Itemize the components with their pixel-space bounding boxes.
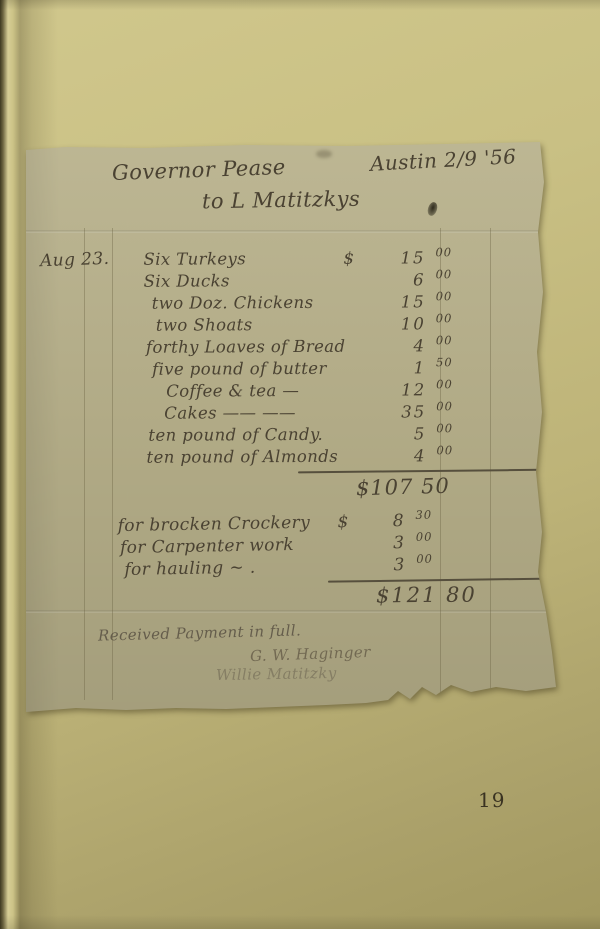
item-dollars: 10 [356,314,426,333]
item-dollars: 12 [356,380,426,399]
item-dollars: 15 [356,292,426,311]
item-name: Six Ducks [144,271,230,290]
bottom-edge-shadow [0,915,600,929]
payer-name: Governor Pease [112,155,286,185]
place-date: Austin 2/9 '56 [369,144,516,176]
item-cents: 00 [436,421,453,435]
payee-line: to L Matitzkys [202,187,360,214]
paper-crease [26,230,562,233]
item-dollars: 4 [356,336,426,355]
item-cents: 00 [436,443,453,457]
item-row: two Shoats 10 00 [26,314,562,339]
item-dollars: 35 [356,402,426,421]
item-cents: 00 [436,311,453,325]
item-name: two Shoats [156,315,253,335]
item-cents: 00 [436,333,453,347]
item-row: Six Ducks 6 00 [26,270,562,295]
item-row: Coffee & tea — 12 00 [26,380,562,405]
item-currency: $ [343,249,354,268]
item-cents: 50 [436,355,453,369]
total-amount: $121 80 [376,583,477,608]
item-row: ten pound of Almonds 4 00 [26,446,562,471]
item-cents: 00 [435,245,452,259]
item-name: ten pound of Candy. [148,425,323,445]
charge-cents: 00 [416,530,433,544]
subtotal-rule [298,469,556,474]
charge-dollars: 3 [350,555,406,576]
item-cents: 00 [436,289,453,303]
item-name: two Doz. Chickens [152,293,314,313]
charge-cents: 00 [416,552,433,566]
item-dollars: 5 [356,424,426,443]
receipt-facsimile: Governor Pease Austin 2/9 '56 to L Matit… [26,142,562,712]
item-row: two Doz. Chickens 15 00 [26,292,562,317]
ink-blot [426,201,439,217]
paper-crease [26,610,562,613]
charge-cents: 30 [415,508,432,522]
item-row: five pound of butter 1 50 [26,358,562,383]
item-row: Six Turkeys $ 15 00 [25,248,561,273]
item-row: forthy Loaves of Bread 4 00 [26,336,562,361]
signature-haginger: G. W. Haginger [250,643,371,665]
item-row: Cakes —— —— 35 00 [26,402,562,427]
item-row: ten pound of Candy. 5 00 [26,424,562,449]
items-list: Six Turkeys $ 15 00 Six Ducks 6 00 two D… [25,248,562,471]
charge-dollars: 3 [350,533,406,554]
top-edge-shadow [0,0,600,10]
subtotal-amount: $107 50 [356,474,450,500]
item-dollars: 6 [356,270,426,289]
charge-dollars: 8 [349,511,405,532]
item-dollars: 15 [355,248,425,267]
item-name: Six Turkeys [143,249,246,269]
item-cents: 00 [436,267,453,281]
charge-currency: $ [337,512,349,532]
charge-name: for hauling ~ . [124,558,256,580]
item-dollars: 4 [356,446,426,465]
ink-smudge [316,150,332,158]
item-name: forthy Loaves of Bread [146,337,346,357]
signature-matitzky: Willie Matitzky [216,664,337,684]
item-name: five pound of butter [152,359,327,379]
item-dollars: 1 [356,358,426,377]
item-name: ten pound of Almonds [146,447,338,467]
received-note: Received Payment in full. [98,621,302,644]
page-number: 19 [478,788,505,812]
charge-name: for brocken Crockery [117,513,310,536]
receipt-paper: Governor Pease Austin 2/9 '56 to L Matit… [26,142,562,712]
charges-list: for brocken Crockery $ 8 30 for Carpente… [25,508,562,583]
item-name: Cakes —— —— [164,403,296,423]
charge-name: for Carpenter work [120,535,294,558]
item-cents: 00 [436,377,453,391]
item-name: Coffee & tea — [166,381,299,401]
item-cents: 00 [436,399,453,413]
